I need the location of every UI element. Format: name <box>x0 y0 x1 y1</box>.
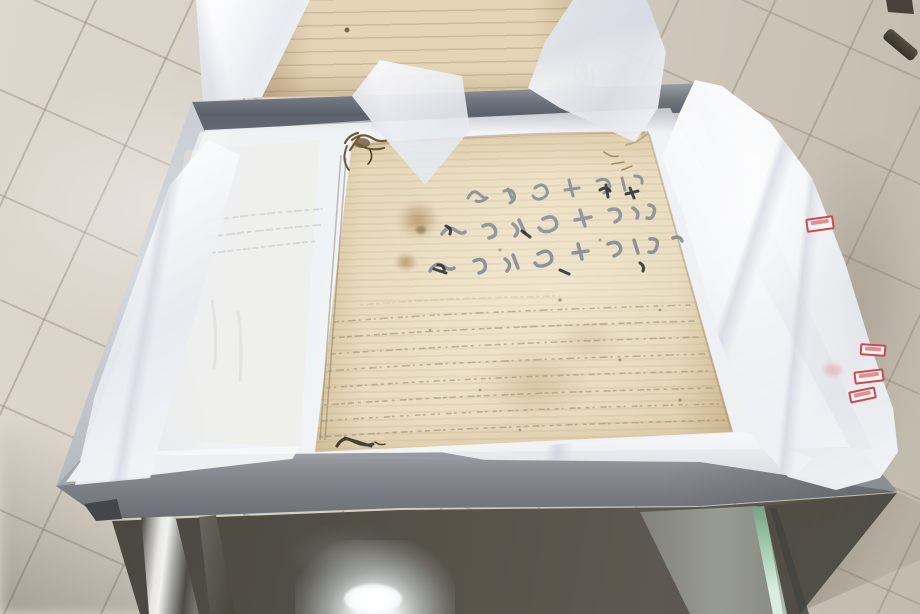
hemp-tie <box>344 133 388 170</box>
tag-ink-mark <box>859 372 879 378</box>
tag-ink-mark <box>811 219 829 225</box>
ink-signature <box>337 438 385 446</box>
tag-ink-mark <box>865 346 881 351</box>
tag-ink-mark <box>854 390 871 397</box>
faint-red-mark <box>824 364 842 376</box>
archive-photo-scene <box>0 0 920 614</box>
red-tag <box>860 343 887 357</box>
